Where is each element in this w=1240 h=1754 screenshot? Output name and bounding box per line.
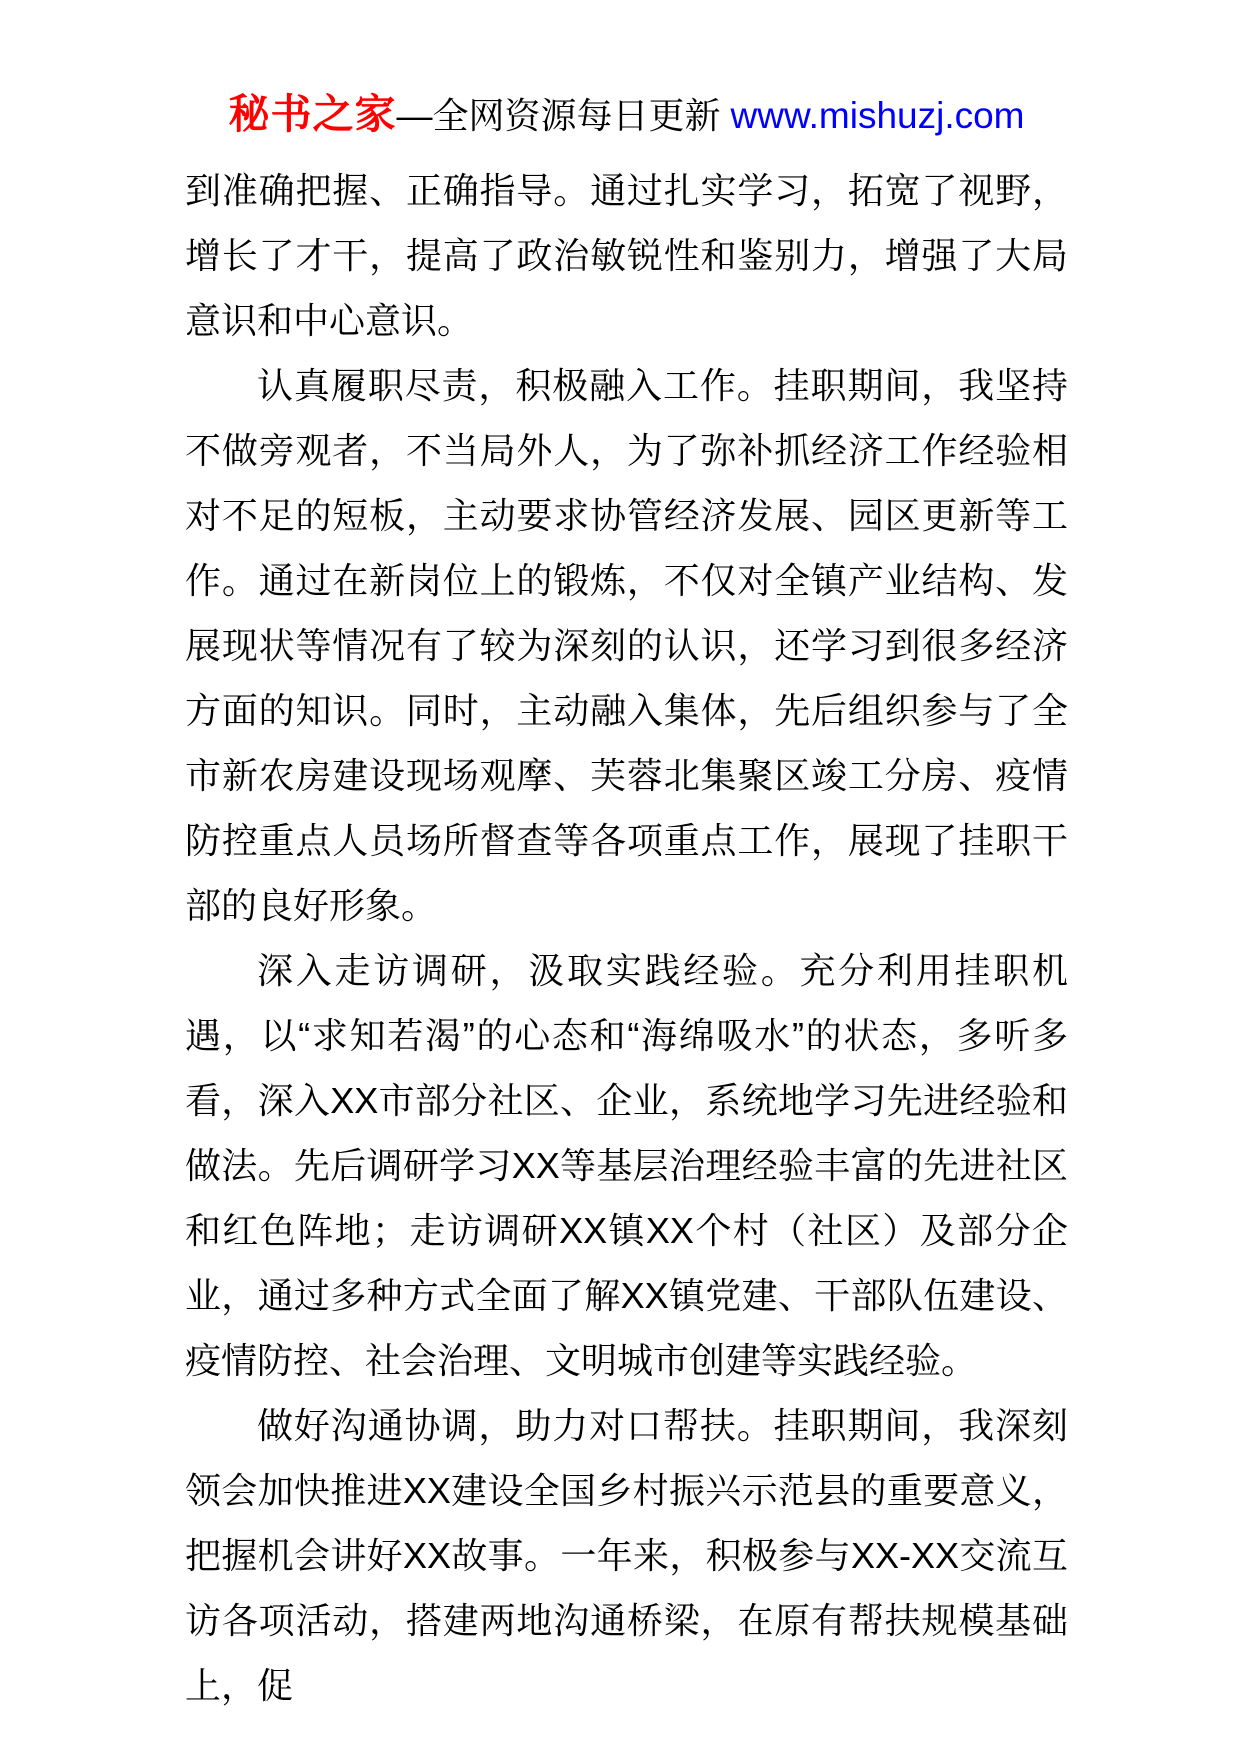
paragraph-duty-performance: 认真履职尽责，积极融入工作。挂职期间，我坚持不做旁观者，不当局外人，为了弥补抓经… <box>185 353 1068 938</box>
document-body: 到准确把握、正确指导。通过扎实学习，拓宽了视野，增长了才干，提高了政治敏锐性和鉴… <box>185 158 1068 1718</box>
site-url-link[interactable]: www.mishuzj.com <box>731 95 1025 136</box>
paragraph-coordination-support: 做好沟通协调，助力对口帮扶。挂职期间，我深刻领会加快推进XX建设全国乡村振兴示范… <box>185 1393 1068 1718</box>
paragraph-study-results: 到准确把握、正确指导。通过扎实学习，拓宽了视野，增长了才干，提高了政治敏锐性和鉴… <box>185 158 1068 353</box>
document-page: 秘书之家—全网资源每日更新www.mishuzj.com 到准确把握、正确指导。… <box>0 0 1240 1754</box>
site-header: 秘书之家—全网资源每日更新www.mishuzj.com <box>185 88 1068 142</box>
site-name: 秘书之家 <box>228 91 396 137</box>
site-tagline: —全网资源每日更新 <box>396 95 720 136</box>
paragraph-research-visits: 深入走访调研，汲取实践经验。充分利用挂职机遇，以“求知若渴”的心态和“海绵吸水”… <box>185 938 1068 1393</box>
